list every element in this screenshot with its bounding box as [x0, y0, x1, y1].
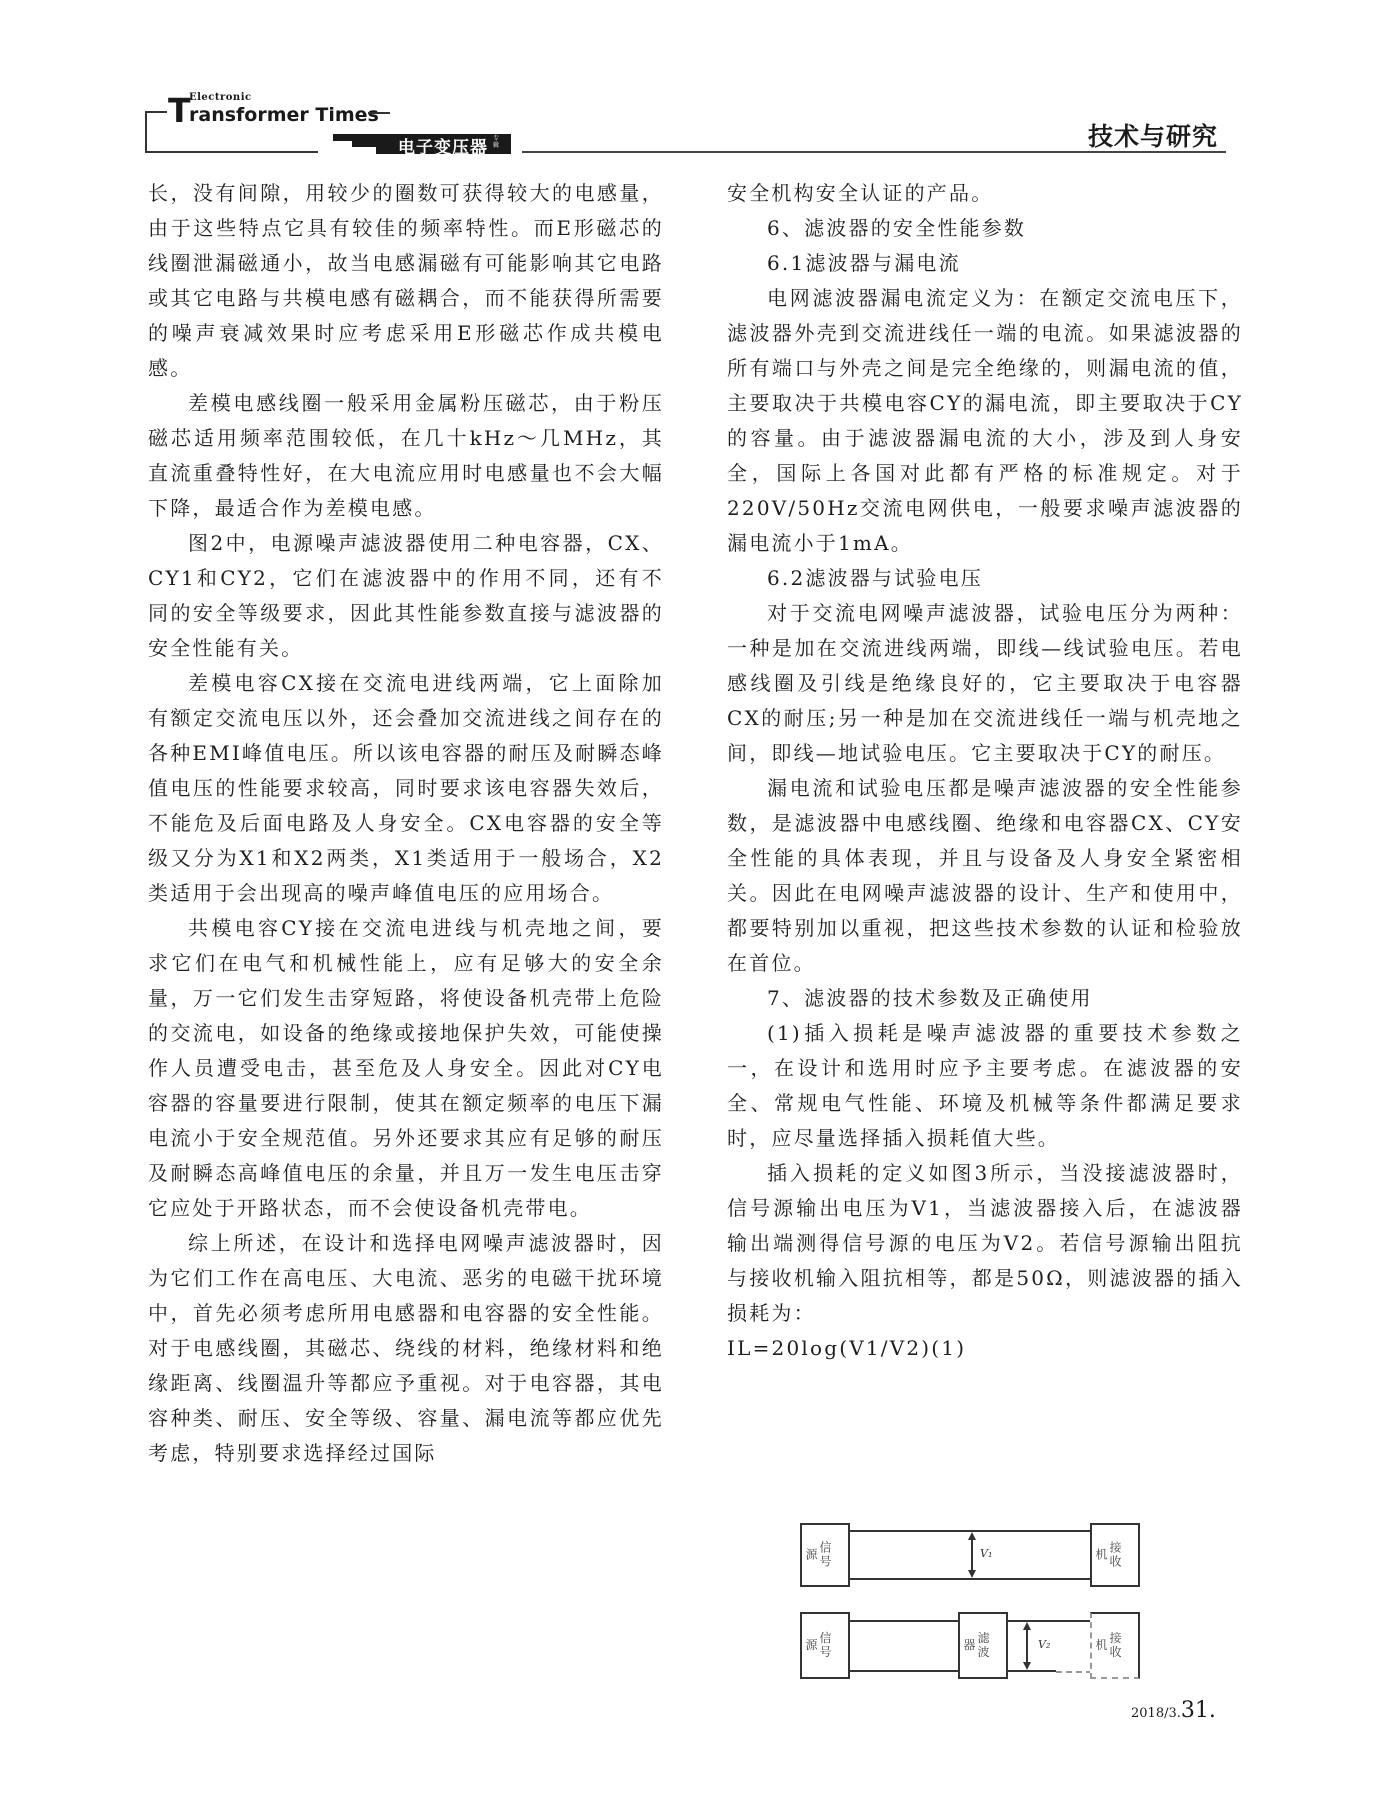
v2-label: V₂	[1038, 1638, 1050, 1651]
signal-source-label: 信号源	[818, 1630, 832, 1662]
signal-source-box: 信号源	[800, 1612, 850, 1679]
arrow-up-icon	[1023, 1622, 1031, 1630]
receiver-label: 接收机	[1108, 1630, 1122, 1662]
logo-text: ransformer Times	[189, 104, 379, 126]
paragraph: 长，没有间隙，用较少的圈数可获得较大的电感量，由于这些特点它具有较佳的频率特性。…	[148, 176, 664, 386]
wire-bottom-lower-left	[848, 1670, 958, 1672]
receiver-box: 接收机	[1090, 1612, 1140, 1679]
arrow-up-icon	[968, 1532, 976, 1540]
right-column: 安全机构安全认证的产品。 6、滤波器的安全性能参数 6.1滤波器与漏电流 电网滤…	[727, 176, 1243, 1366]
wire-dashed	[1056, 1671, 1092, 1673]
receiver-label: 接收机	[1108, 1540, 1122, 1570]
paragraph: 插入损耗的定义如图3所示，当没接滤波器时，信号源输出电压为V1，当滤波器接入后，…	[727, 1156, 1243, 1331]
paragraph: 综上所述，在设计和选择电网噪声滤波器时，因为它们工作在高电压、大电流、恶劣的电磁…	[148, 1226, 664, 1471]
filter-label: 滤波器	[976, 1630, 990, 1662]
signal-source-label: 信号源	[818, 1540, 832, 1570]
receiver-box: 接收机	[1090, 1523, 1140, 1587]
paragraph: (1)插入损耗是噪声滤波器的重要技术参数之一，在设计和选用时应予主要考虑。在滤波…	[727, 1016, 1243, 1156]
header-rule-top	[145, 111, 167, 113]
v1-label: V₁	[980, 1547, 992, 1560]
logo-initial: T	[168, 94, 191, 127]
arrow-down-icon	[968, 1570, 976, 1578]
filter-box: 滤波器	[958, 1612, 1008, 1679]
header-rule-bottom-left	[145, 151, 318, 153]
wire-bottom-upper-right	[1006, 1620, 1101, 1622]
formula: IL=20log(V1/V2)(1)	[727, 1331, 1243, 1366]
arrow-down-icon	[1023, 1662, 1031, 1670]
left-column: 长，没有间隙，用较少的圈数可获得较大的电感量，由于这些特点它具有较佳的频率特性。…	[148, 176, 664, 1471]
wire-bottom-lower-right	[1006, 1670, 1056, 1672]
paragraph: 电网滤波器漏电流定义为：在额定交流电压下，滤波器外壳到交流进线任一端的电流。如果…	[727, 281, 1243, 561]
wire-top-lower	[848, 1578, 1101, 1580]
page-footer: 2018/3.31.	[1131, 1698, 1216, 1723]
logo-dash	[368, 112, 390, 114]
section-heading: 7、滤波器的技术参数及正确使用	[727, 981, 1243, 1016]
paragraph: 对于交流电网噪声滤波器，试验电压分为两种：一种是加在交流进线两端，即线—线试验电…	[727, 596, 1243, 771]
subsection-heading: 6.1滤波器与漏电流	[727, 246, 1243, 281]
paragraph: 差模电容CX接在交流电进线两端，它上面除加有额定交流电压以外，还会叠加交流进线之…	[148, 666, 664, 911]
issue-date: 2018/3.	[1131, 1706, 1181, 1721]
paragraph: 图2中，电源噪声滤波器使用二种电容器，CX、CY1和CY2，它们在滤波器中的作用…	[148, 526, 664, 666]
signal-source-box: 信号源	[800, 1523, 850, 1587]
paragraph: 差模电感线圈一般采用金属粉压磁芯，由于粉压磁芯适用频率范围较低，在几十kHz～几…	[148, 386, 664, 526]
section-title: 技术与研究	[1088, 117, 1218, 153]
journal-badge: 电子变压器	[398, 133, 488, 158]
insertion-loss-diagram: 信号源 接收机 V₁ 信号源 滤波器 接收机 V₂	[800, 1508, 1140, 1688]
header-rule-vertical	[145, 111, 147, 153]
v2-measure-line	[1026, 1628, 1028, 1664]
logo-superscript: Electronic	[189, 92, 252, 103]
page-header: T Electronic ransformer Times 电子变压器 专辑 技…	[0, 0, 1380, 170]
paragraph: 共模电容CY接在交流电进线与机壳地之间，要求它们在电气和机械性能上，应有足够大的…	[148, 911, 664, 1226]
v1-measure-line	[971, 1538, 973, 1572]
wire-bottom-upper-left	[848, 1620, 958, 1622]
paragraph: 安全机构安全认证的产品。	[727, 176, 1243, 211]
subsection-heading: 6.2滤波器与试验电压	[727, 561, 1243, 596]
journal-badge-sub: 专辑	[493, 135, 501, 149]
paragraph: 漏电流和试验电压都是噪声滤波器的安全性能参数，是滤波器中电感线圈、绝缘和电容器C…	[727, 771, 1243, 981]
page-number: 31.	[1181, 1698, 1216, 1723]
section-heading: 6、滤波器的安全性能参数	[727, 211, 1243, 246]
